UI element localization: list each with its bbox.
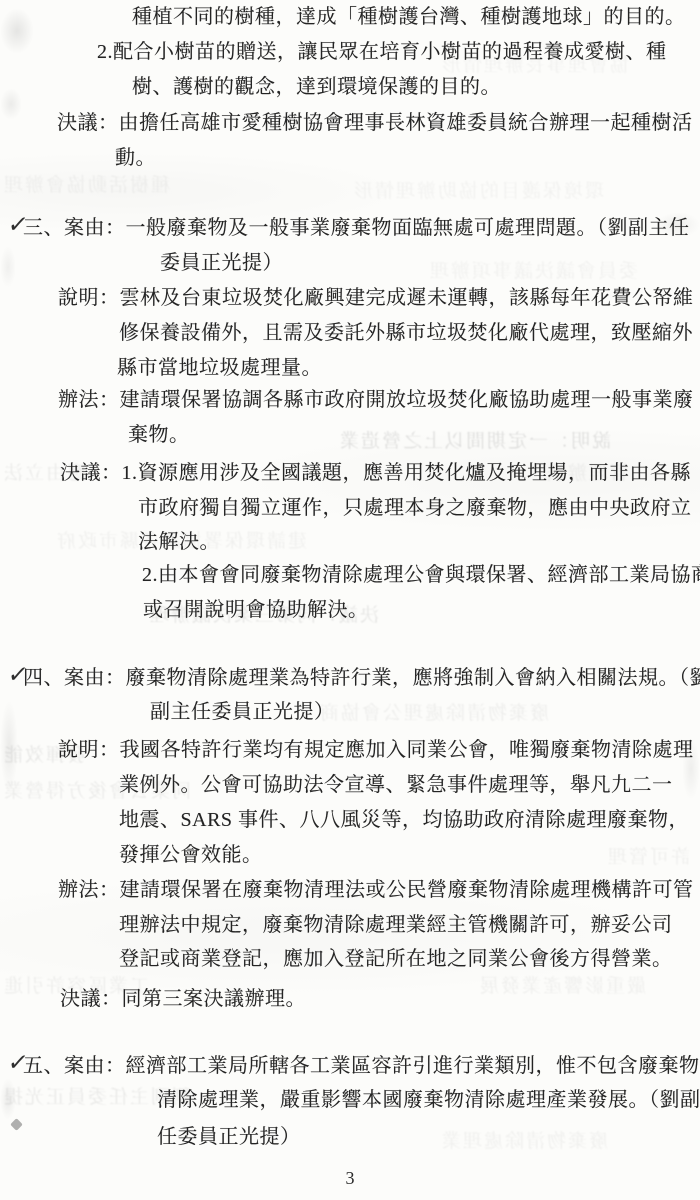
line-text: 清除處理業，嚴重影響本國廢棄物清除處理產業發展。（劉副主 (157, 1089, 700, 1111)
line-text: 辦法：建請環保署協調各縣市政府開放垃圾焚化廠協助處理一般事業廢 (58, 389, 694, 411)
line-text: 五、案由：經濟部工業局所轄各工業區容許引進行業類別，惟不包含廢棄物 (23, 1055, 700, 1077)
bleedthrough-text: 嚴重影響產業發展 (478, 971, 646, 998)
text-line: 副主任委員正光提） (150, 701, 335, 724)
bleedthrough-text: 廢棄物清除處理公會協商 (318, 698, 549, 725)
text-line: 決議：1.資源應用涉及全國議題，應善用焚化爐及掩埋場，而非由各縣 (60, 462, 691, 485)
bleedthrough-text: 許可管理 (606, 842, 690, 869)
checkmark-icon: ✓ (7, 215, 26, 235)
bleedthrough-text: 說明：一定期間以上之營造業 (338, 426, 611, 453)
text-line: 2.由本會會同廢棄物清除處理公會與環保署、經濟部工業局協商 (142, 564, 700, 587)
text-line: 棄物。 (128, 424, 190, 447)
text-line: 任委員正光提） (157, 1126, 301, 1149)
line-text: 理辦法中規定，廢棄物清除處理業經主管機關許可，辦妥公司 (119, 914, 673, 936)
line-text: 任委員正光提） (157, 1126, 301, 1148)
line-text: 決議：同第三案決議辦理。 (60, 988, 306, 1010)
line-text: 法解決。 (138, 531, 220, 553)
bleedthrough-text: 委員會議決議事項辦理 (428, 256, 638, 283)
line-text: 市政府獨自獨立運作，只處理本身之廢棄物，應由中央政府立 (138, 497, 692, 519)
line-text: 業例外。公會可協助法令宣導、緊急事件處理等，舉凡九二一 (119, 774, 673, 796)
line-text: 發揮公會效能。 (119, 844, 263, 866)
text-line: 辦法：建請環保署協調各縣市政府開放垃圾焚化廠協助處理一般事業廢 (58, 389, 694, 412)
page-number: 3 (334, 1168, 366, 1189)
line-text: 決議：1.資源應用涉及全國議題，應善用焚化爐及掩埋場，而非由各縣 (60, 462, 691, 484)
scan-artifact (0, 88, 22, 120)
bleedthrough-text: 環境保護目的協助辦理情形 (352, 176, 604, 203)
bleedthrough-text: 種樹活動協會辦理 (2, 170, 170, 197)
text-line: 種植不同的樹種，達成「種樹護台灣、種樹護地球」的目的。 (132, 6, 686, 29)
scan-artifact (0, 1078, 16, 1120)
line-text: 2.配合小樹苗的贈送，讓民眾在培育小樹苗的過程養成愛樹、種 (97, 41, 667, 63)
scan-artifact (10, 1118, 23, 1131)
text-line: 說明：我國各特許行業均有規定應加入同業公會，唯獨廢棄物清除處理 (58, 739, 694, 762)
line-text: 說明：雲林及台東垃圾焚化廠興建完成遲未運轉，該縣每年花費公帑維 (58, 287, 694, 309)
text-line: 2.配合小樹苗的贈送，讓民眾在培育小樹苗的過程養成愛樹、種 (97, 41, 667, 64)
line-text: 縣市當地垃圾處理量。 (117, 357, 322, 379)
text-line: 樹、護樹的觀念，達到環境保護的目的。 (132, 76, 501, 99)
text-line: 縣市當地垃圾處理量。 (117, 357, 322, 380)
text-line: 或召開說明會協助解決。 (143, 599, 369, 622)
line-text: 修保養設備外，且需及委託外縣市垃圾焚化廠代處理，致壓縮外 (119, 322, 693, 344)
line-text: 樹、護樹的觀念，達到環境保護的目的。 (132, 76, 501, 98)
line-text: 說明：我國各特許行業均有規定應加入同業公會，唯獨廢棄物清除處理 (58, 739, 694, 761)
checkmark-icon: ✓ (7, 1053, 26, 1073)
text-line: 法解決。 (138, 531, 220, 554)
checkmark-icon: ✓ (7, 665, 26, 685)
scan-artifact (0, 8, 34, 54)
line-text: 辦法：建請環保署在廢棄物清理法或公民營廢棄物清除處理機構許可管 (58, 879, 694, 901)
scanned-document-page: 協會理事長辦理情形種樹活動協會辦理環境保護目的協助辦理情形委員會議決議事項辦理說… (0, 0, 700, 1200)
line-text: 2.由本會會同廢棄物清除處理公會與環保署、經濟部工業局協商 (142, 564, 700, 586)
line-text: 或召開說明會協助解決。 (143, 599, 369, 621)
text-line: 發揮公會效能。 (119, 844, 263, 867)
line-text: 四、案由：廢棄物清除處理業為特許行業，應將強制入會納入相關法規。（劉 (23, 667, 700, 689)
text-line: 動。 (115, 147, 156, 170)
case-title-line: ✓四、案由：廢棄物清除處理業為特許行業，應將強制入會納入相關法規。（劉 (8, 667, 700, 690)
text-line: 決議：由擔任高雄市愛種樹協會理事長林資雄委員統合辦理一起種樹活 (57, 112, 693, 135)
line-text: 棄物。 (128, 424, 190, 446)
text-line: 辦法：建請環保署在廢棄物清理法或公民營廢棄物清除處理機構許可管 (58, 879, 694, 902)
line-text: 動。 (115, 147, 156, 169)
text-line: 理辦法中規定，廢棄物清除處理業經主管機關許可，辦妥公司 (119, 914, 673, 937)
line-text: 委員正光提） (160, 252, 283, 274)
line-text: 決議：由擔任高雄市愛種樹協會理事長林資雄委員統合辦理一起種樹活 (57, 112, 693, 134)
text-line: 地震、SARS 事件、八八風災等，均協助政府清除處理廢棄物， (119, 809, 689, 832)
text-line: 說明：雲林及台東垃圾焚化廠興建完成遲未運轉，該縣每年花費公帑維 (58, 287, 694, 310)
bleedthrough-text: 廢棄物清除處理業 (440, 1126, 608, 1153)
scan-artifact (0, 700, 18, 792)
text-line: 市政府獨自獨立運作，只處理本身之廢棄物，應由中央政府立 (138, 497, 692, 520)
line-text: 三、案由：一般廢棄物及一般事業廢棄物面臨無處可處理問題。（劉副主任 (23, 217, 690, 239)
case-title-line: ✓五、案由：經濟部工業局所轄各工業區容許引進行業類別，惟不包含廢棄物 (8, 1055, 700, 1078)
scan-artifact (0, 246, 16, 288)
text-line: 清除處理業，嚴重影響本國廢棄物清除處理產業發展。（劉副主 (157, 1089, 700, 1112)
line-text: 種植不同的樹種，達成「種樹護台灣、種樹護地球」的目的。 (132, 6, 686, 28)
case-title-line: ✓三、案由：一般廢棄物及一般事業廢棄物面臨無處可處理問題。（劉副主任 (8, 217, 690, 240)
text-line: 登記或商業登記，應加入登記所在地之同業公會後方得營業。 (119, 948, 673, 971)
line-text: 副主任委員正光提） (150, 701, 335, 723)
line-text: 登記或商業登記，應加入登記所在地之同業公會後方得營業。 (119, 948, 673, 970)
text-line: 決議：同第三案決議辦理。 (60, 988, 306, 1011)
line-text: 地震、SARS 事件、八八風災等，均協助政府清除處理廢棄物， (119, 809, 689, 831)
text-line: 委員正光提） (160, 252, 283, 275)
text-line: 業例外。公會可協助法令宣導、緊急事件處理等，舉凡九二一 (119, 774, 673, 797)
text-line: 修保養設備外，且需及委託外縣市垃圾焚化廠代處理，致壓縮外 (119, 322, 693, 345)
